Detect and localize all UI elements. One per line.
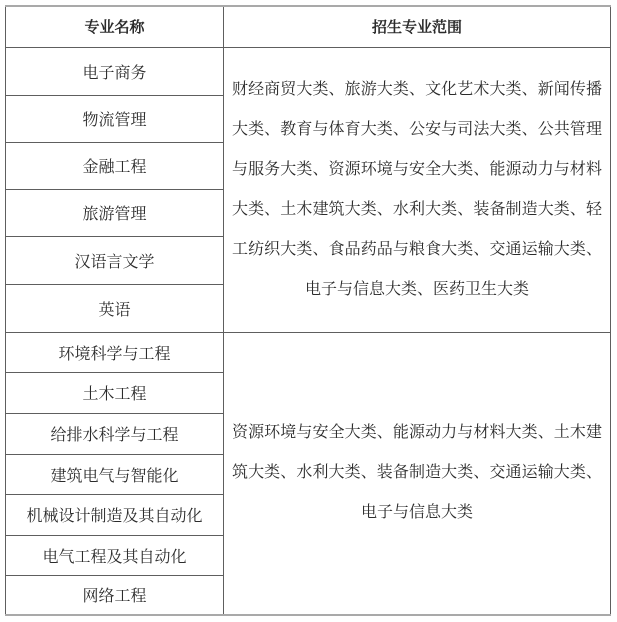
major-cell: 英语 <box>6 284 224 332</box>
major-cell: 机械设计制造及其自动化 <box>6 494 224 535</box>
scope-cell: 财经商贸大类、旅游大类、文化艺术大类、新闻传播大类、教育与体育大类、公安与司法大… <box>224 47 611 332</box>
major-cell: 土木工程 <box>6 372 224 413</box>
major-cell: 网络工程 <box>6 575 224 615</box>
major-cell: 物流管理 <box>6 95 224 142</box>
major-cell: 给排水科学与工程 <box>6 413 224 454</box>
header-row: 专业名称 招生专业范围 <box>6 6 611 47</box>
major-cell: 环境科学与工程 <box>6 332 224 372</box>
major-cell: 电气工程及其自动化 <box>6 535 224 575</box>
table-row: 环境科学与工程 资源环境与安全大类、能源动力与材料大类、土木建筑大类、水利大类、… <box>6 332 611 372</box>
major-cell: 汉语言文学 <box>6 236 224 284</box>
header-scope: 招生专业范围 <box>224 6 611 47</box>
majors-table: 专业名称 招生专业范围 电子商务 财经商贸大类、旅游大类、文化艺术大类、新闻传播… <box>5 5 611 616</box>
major-cell: 建筑电气与智能化 <box>6 454 224 494</box>
major-cell: 金融工程 <box>6 142 224 189</box>
table-row: 电子商务 财经商贸大类、旅游大类、文化艺术大类、新闻传播大类、教育与体育大类、公… <box>6 47 611 95</box>
major-cell: 旅游管理 <box>6 189 224 236</box>
document-page: 专业名称 招生专业范围 电子商务 财经商贸大类、旅游大类、文化艺术大类、新闻传播… <box>0 0 617 622</box>
scope-cell: 资源环境与安全大类、能源动力与材料大类、土木建筑大类、水利大类、装备制造大类、交… <box>224 332 611 615</box>
major-cell: 电子商务 <box>6 47 224 95</box>
header-major-name: 专业名称 <box>6 6 224 47</box>
